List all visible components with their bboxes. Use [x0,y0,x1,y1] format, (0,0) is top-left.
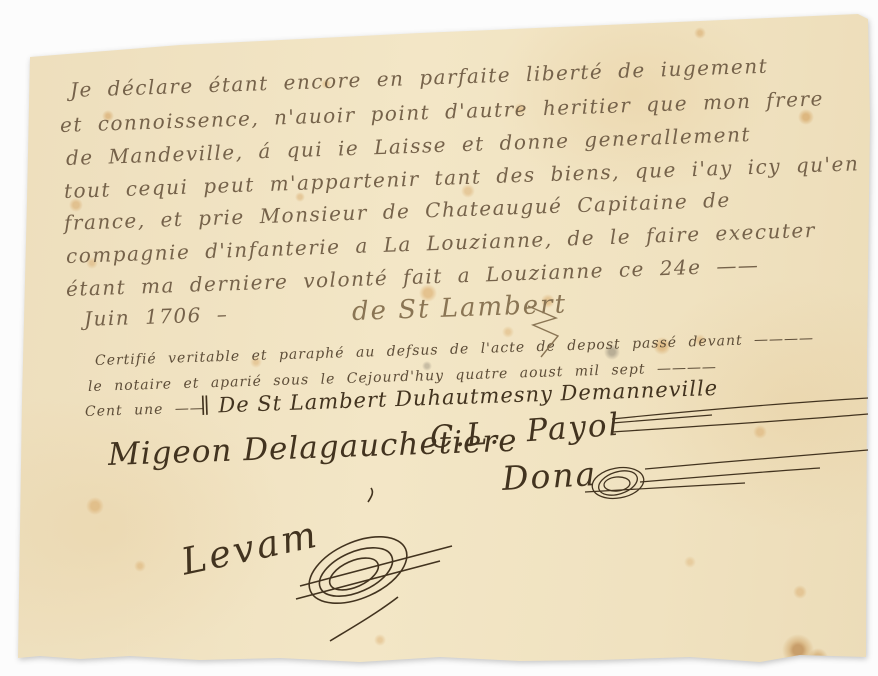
document-scan: Je déclare étant encore en parfaite libe… [0,0,878,676]
date-line: Juin 1706 – [84,302,229,331]
paraph-mark: ∥ [200,394,212,418]
signature-dona: Dona [501,454,598,498]
